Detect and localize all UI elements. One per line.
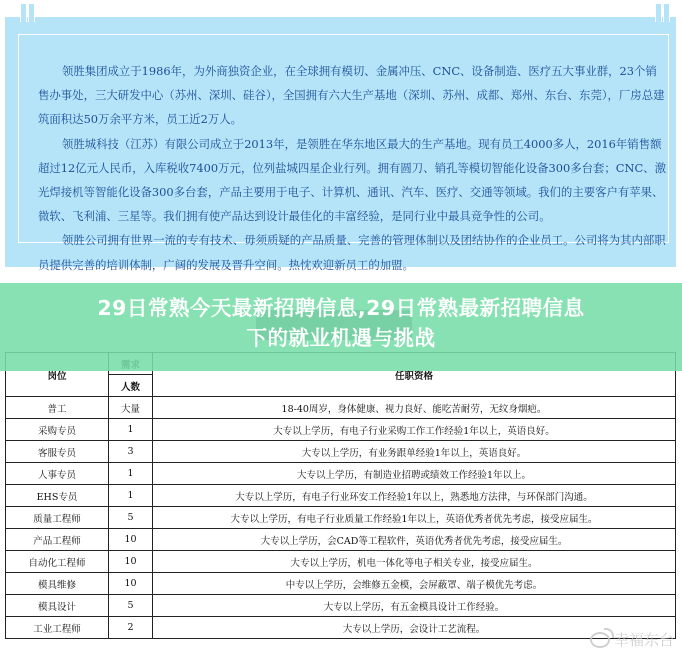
cell-requirements: 18-40周岁，身体健康、视力良好、能吃苦耐劳，无纹身烟疤。	[153, 397, 676, 419]
cell-position: 模具维修	[6, 573, 109, 595]
table-row: 产品工程师10大专以上学历，会CAD等工程软件，英语优秀者优先考虑，接受应届生。	[6, 529, 676, 551]
decorative-tab-left-2	[28, 3, 35, 22]
table-row: 模具维修10中专以上学历，会维修五金模，会屏蔽罩、端子模优先考虑。	[6, 573, 676, 595]
cell-requirements: 大专以上学历，机电一体化等电子相关专业，接受应届生。	[153, 551, 676, 573]
intro-paragraph-1: 领胜集团成立于1986年，为外商独资企业，在全球拥有模切、金属冲压、CNC、设备…	[38, 59, 668, 132]
cell-count: 10	[109, 551, 153, 573]
company-intro-panel: 领胜集团成立于1986年，为外商独资企业，在全球拥有模切、金属冲压、CNC、设备…	[5, 17, 676, 267]
cell-position: EHS专员	[6, 485, 109, 507]
headline-line-1: 29日常熟今天最新招聘信息,29日常熟最新招聘信息	[0, 293, 682, 323]
cell-count: 2	[109, 617, 153, 639]
table-row: 工业工程师2大专以上学历，会设计工艺流程。	[6, 617, 676, 639]
job-openings-table: 岗位 需求 任职资格 人数 普工大量18-40周岁，身体健康、视力良好、能吃苦耐…	[5, 352, 676, 639]
cell-requirements: 大专以上学历，有电子行业环安工作经验1年以上，熟悉地方法律，与环保部门沟通。	[153, 485, 676, 507]
cell-position: 产品工程师	[6, 529, 109, 551]
cell-position: 客服专员	[6, 441, 109, 463]
cell-position: 采购专员	[6, 419, 109, 441]
cell-count: 1	[109, 485, 153, 507]
cell-requirements: 大专以上学历，有业务跟单经验1年以上，英语良好。	[153, 441, 676, 463]
table-row: 人事专员1大专以上学历，有制造业招聘或绩效工作经验1年以上。	[6, 463, 676, 485]
intro-paragraph-2: 领胜城科技（江苏）有限公司成立于2013年，是领胜在华东地区最大的生产基地。现有…	[38, 132, 668, 229]
headline-banner: 29日常熟今天最新招聘信息,29日常熟最新招聘信息 下的就业机遇与挑战	[0, 283, 682, 371]
decorative-tab-right-2	[663, 3, 670, 22]
decorative-tab-left	[20, 3, 27, 22]
cell-count: 大量	[109, 397, 153, 419]
cell-count: 10	[109, 573, 153, 595]
table-row: 自动化工程师10大专以上学历，机电一体化等电子相关专业，接受应届生。	[6, 551, 676, 573]
watermark: 幸福东台	[590, 629, 674, 650]
cell-count: 1	[109, 463, 153, 485]
watermark-text: 幸福东台	[614, 629, 674, 650]
cell-count: 3	[109, 441, 153, 463]
cell-count: 5	[109, 507, 153, 529]
table-row: EHS专员1大专以上学历，有电子行业环安工作经验1年以上，熟悉地方法律，与环保部…	[6, 485, 676, 507]
table-row: 客服专员3大专以上学历，有业务跟单经验1年以上，英语良好。	[6, 441, 676, 463]
cell-position: 自动化工程师	[6, 551, 109, 573]
cell-requirements: 大专以上学历，有制造业招聘或绩效工作经验1年以上。	[153, 463, 676, 485]
table-row: 普工大量18-40周岁，身体健康、视力良好、能吃苦耐劳，无纹身烟疤。	[6, 397, 676, 419]
cell-position: 质量工程师	[6, 507, 109, 529]
intro-inner-frame: 领胜集团成立于1986年，为外商独资企业，在全球拥有模切、金属冲压、CNC、设备…	[18, 34, 669, 243]
table-row: 模具设计5大专以上学历，有五金模具设计工作经验。	[6, 595, 676, 617]
cell-requirements: 大专以上学历，有电子行业采购工作工作经验1年以上，英语良好。	[153, 419, 676, 441]
cell-requirements: 中专以上学历，会维修五金模，会屏蔽罩、端子模优先考虑。	[153, 573, 676, 595]
intro-paragraph-3: 领胜公司拥有世界一流的专有技术、毋须质疑的产品质量、完善的管理体制以及团结协作的…	[38, 228, 668, 276]
table-row: 采购专员1大专以上学历，有电子行业采购工作工作经验1年以上，英语良好。	[6, 419, 676, 441]
cell-requirements: 大专以上学历，有电子行业质量工作经验1年以上，英语优秀者优先考虑，接受应届生。	[153, 507, 676, 529]
headline-line-2: 下的就业机遇与挑战	[0, 323, 682, 353]
headline-title: 29日常熟今天最新招聘信息,29日常熟最新招聘信息 下的就业机遇与挑战	[0, 293, 682, 353]
cell-requirements: 大专以上学历，会CAD等工程软件，英语优秀者优先考虑，接受应届生。	[153, 529, 676, 551]
cell-count: 5	[109, 595, 153, 617]
weibo-icon	[590, 632, 610, 648]
cell-position: 模具设计	[6, 595, 109, 617]
cell-position: 人事专员	[6, 463, 109, 485]
cell-count: 1	[109, 419, 153, 441]
decorative-tab-right	[655, 3, 662, 22]
cell-count: 10	[109, 529, 153, 551]
cell-requirements: 大专以上学历，有五金模具设计工作经验。	[153, 595, 676, 617]
table-row: 质量工程师5大专以上学历，有电子行业质量工作经验1年以上，英语优秀者优先考虑，接…	[6, 507, 676, 529]
header-count-bottom: 人数	[109, 375, 153, 397]
cell-position: 工业工程师	[6, 617, 109, 639]
cell-position: 普工	[6, 397, 109, 419]
intro-text: 领胜集团成立于1986年，为外商独资企业，在全球拥有模切、金属冲压、CNC、设备…	[38, 59, 668, 277]
